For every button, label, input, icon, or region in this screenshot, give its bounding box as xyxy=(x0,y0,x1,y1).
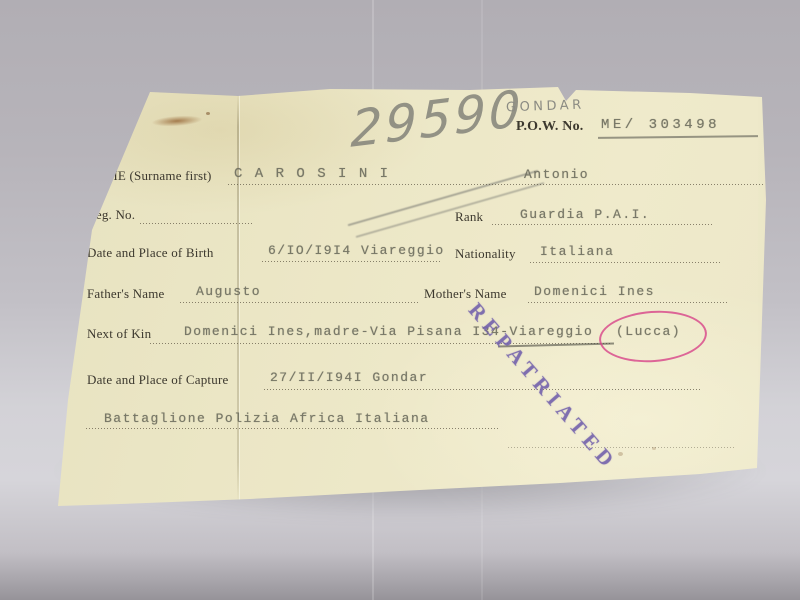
unit-rule xyxy=(86,428,498,430)
next-of-kin-value: Domenici Ines,madre-Via Pisana I34-Viare… xyxy=(184,324,593,339)
pow-number-label: P.O.W. No. xyxy=(516,119,583,135)
blank-rule xyxy=(508,447,736,449)
nationality-label: Nationality xyxy=(455,246,516,262)
birth-label: Date and Place of Birth xyxy=(87,245,214,261)
speck xyxy=(206,112,210,115)
reg-no-label: Reg. No. xyxy=(87,207,135,223)
name-label: NAME (Surname first) xyxy=(87,168,212,184)
mother-name-value: Domenici Ines xyxy=(534,284,655,299)
capture-label: Date and Place of Capture xyxy=(87,372,228,388)
father-name-label: Father's Name xyxy=(87,286,165,302)
mother-name-rule xyxy=(528,302,728,304)
unit-value: Battaglione Polizia Africa Italiana xyxy=(104,411,430,426)
rank-label: Rank xyxy=(455,209,483,225)
mother-name-label: Mother's Name xyxy=(424,286,507,302)
rank-rule xyxy=(492,224,714,226)
pink-circle-annotation xyxy=(597,307,708,365)
handwritten-camp-name: GONDAR xyxy=(506,98,585,116)
father-name-rule xyxy=(180,302,418,304)
pow-number-value: ME/ 303498 xyxy=(601,117,720,133)
nationality-rule xyxy=(530,262,720,264)
nationality-value: Italiana xyxy=(540,244,614,259)
reg-no-rule xyxy=(140,223,252,225)
rust-stain xyxy=(152,114,203,127)
capture-value: 27/II/I94I Gondar xyxy=(270,370,428,385)
father-name-value: Augusto xyxy=(196,284,261,299)
photo-of-pow-record-card: 29590 GONDAR P.O.W. No. ME/ 303498 NAME … xyxy=(0,0,800,600)
pow-number-underline xyxy=(598,135,758,138)
capture-rule xyxy=(264,389,700,391)
birth-value: 6/IO/I9I4 Viareggio xyxy=(268,243,445,258)
handwritten-serial-number: 29590 xyxy=(350,79,524,159)
first-name-value: Antonio xyxy=(524,167,589,182)
name-rule xyxy=(228,184,764,186)
next-of-kin-label: Next of Kin xyxy=(87,326,151,342)
surname-value: C A R O S I N I xyxy=(234,166,390,182)
rank-value: Guardia P.A.I. xyxy=(520,207,650,222)
birth-rule xyxy=(262,261,442,263)
pencil-stroke xyxy=(356,182,545,238)
